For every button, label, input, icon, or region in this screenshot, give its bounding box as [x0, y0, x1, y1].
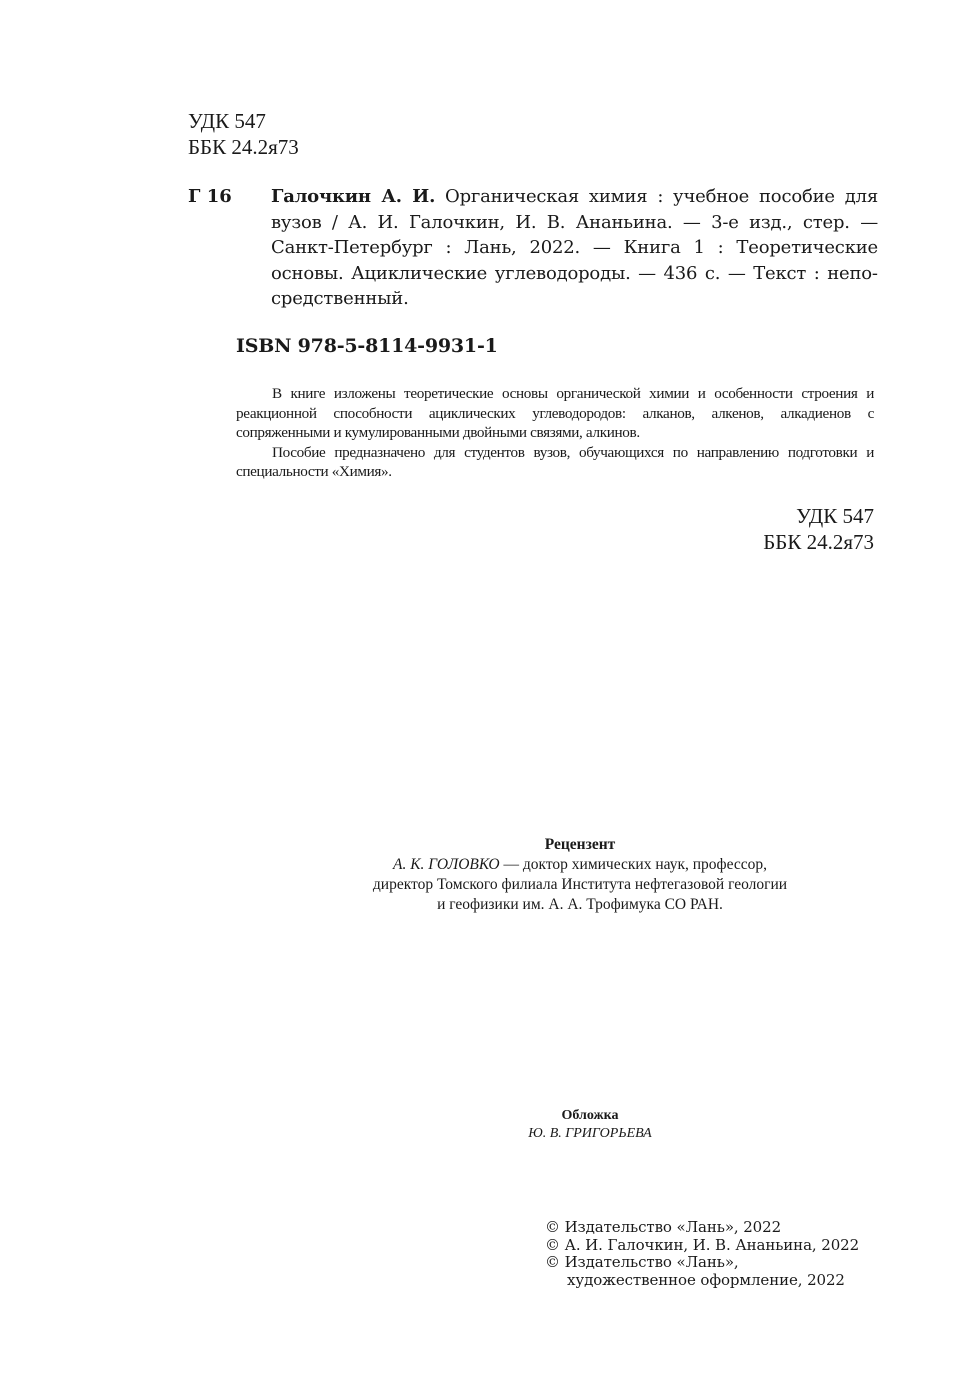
author-name: Галочкин А. И. — [271, 186, 435, 207]
copyright-line: © А. И. Галочкин, И. В. Ананьина, 2022 — [545, 1237, 859, 1255]
reviewer-heading: Рецензент — [330, 835, 830, 855]
bbk-code: ББК 24.2я73 — [188, 134, 299, 160]
copyright-line: © Издательство «Лань», — [545, 1254, 859, 1272]
reviewer-block: Рецензент А. К. ГОЛОВКО — доктор химичес… — [330, 835, 830, 915]
bibliographic-record: Г 16 Галочкин А. И. Органическая химия :… — [188, 184, 878, 312]
isbn: ISBN 978-5-8114-9931-1 — [236, 334, 498, 358]
cover-designer: Ю. В. ГРИГОРЬЕВА — [480, 1125, 700, 1143]
annotation-paragraph: Пособие предназначено для студентов вузо… — [236, 443, 874, 482]
cover-credit: Обложка Ю. В. ГРИГОРЬЕВА — [480, 1107, 700, 1143]
reviewer-title: — доктор химических наук, профессор, — [500, 856, 767, 873]
copyright-block: © Издательство «Лань», 2022 © А. И. Гало… — [545, 1219, 859, 1289]
bbk-code: ББК 24.2я73 — [763, 529, 874, 555]
cover-heading: Обложка — [480, 1107, 700, 1125]
reviewer-line-3: и геофизики им. А. А. Трофимука СО РАН. — [330, 895, 830, 915]
bibliographic-entry: Галочкин А. И. Органическая химия : учеб… — [271, 184, 878, 312]
copyright-line: © Издательство «Лань», 2022 — [545, 1219, 859, 1237]
udk-code: УДК 547 — [188, 108, 299, 134]
reviewer-line-1: А. К. ГОЛОВКО — доктор химических наук, … — [330, 855, 830, 875]
annotation-paragraph: В книге изложены теоретические основы ор… — [236, 384, 874, 443]
reviewer-name: А. К. ГОЛОВКО — [393, 856, 500, 873]
classification-bottom: УДК 547 ББК 24.2я73 — [763, 503, 874, 555]
reviewer-line-2: директор Томского филиала Института нефт… — [330, 875, 830, 895]
copyright-line: художественное оформление, 2022 — [545, 1272, 859, 1290]
classification-top: УДК 547 ББК 24.2я73 — [188, 108, 299, 160]
udk-code: УДК 547 — [763, 503, 874, 529]
author-code: Г 16 — [188, 184, 232, 210]
annotation: В книге изложены теоретические основы ор… — [236, 384, 874, 482]
